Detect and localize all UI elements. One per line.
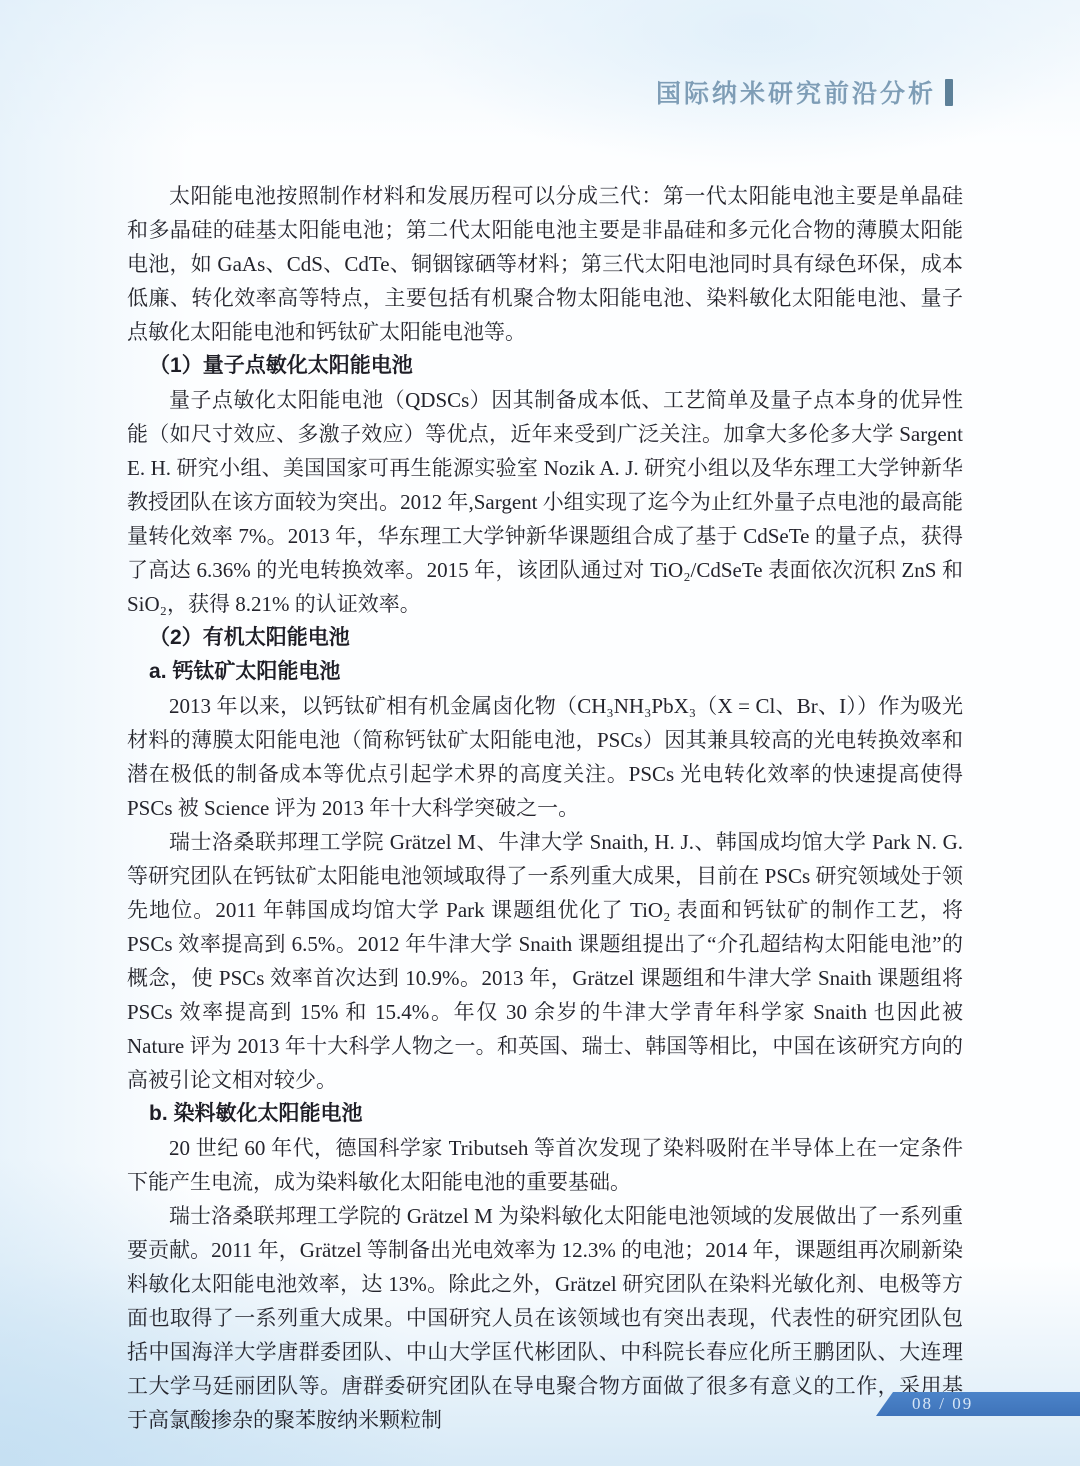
- page-number: 08 / 09: [876, 1392, 973, 1416]
- document-page: 国际纳米研究前沿分析 太阳能电池按照制作材料和发展历程可以分成三代：第一代太阳能…: [0, 0, 1080, 1466]
- paragraph-perovskite-teams: 瑞士洛桑联邦理工学院 Grätzel M、牛津大学 Snaith, H. J.、…: [127, 825, 963, 1097]
- paragraph-perovskite-intro: 2013 年以来，以钙钛矿相有机金属卤化物（CH₃NH₃PbX₃（X = Cl、…: [127, 689, 963, 825]
- paragraph-dssc-teams: 瑞士洛桑联邦理工学院的 Grätzel M 为染料敏化太阳能电池领域的发展做出了…: [127, 1199, 963, 1437]
- paragraph-dssc-origin: 20 世纪 60 年代，德国科学家 Tributseh 等首次发现了染料吸附在半…: [127, 1131, 963, 1199]
- paragraph-solar-cell-generations: 太阳能电池按照制作材料和发展历程可以分成三代：第一代太阳能电池主要是单晶硅和多晶…: [127, 179, 963, 349]
- heading-quantum-dot-solar-cells: （1）量子点敏化太阳能电池: [127, 349, 963, 383]
- heading-organic-solar-cells: （2）有机太阳能电池: [127, 621, 963, 655]
- header-accent-bar-icon: [945, 79, 953, 106]
- heading-dye-sensitized-solar-cells: b. 染料敏化太阳能电池: [127, 1097, 963, 1131]
- running-head-title: 国际纳米研究前沿分析: [656, 74, 936, 110]
- document-body: 太阳能电池按照制作材料和发展历程可以分成三代：第一代太阳能电池主要是单晶硅和多晶…: [127, 179, 963, 1437]
- page-number-banner: 08 / 09: [876, 1392, 1080, 1416]
- heading-perovskite-solar-cells: a. 钙钛矿太阳能电池: [127, 655, 963, 689]
- paragraph-qdsc-research: 量子点敏化太阳能电池（QDSCs）因其制备成本低、工艺简单及量子点本身的优异性能…: [127, 383, 963, 621]
- page-header: 国际纳米研究前沿分析: [656, 74, 953, 110]
